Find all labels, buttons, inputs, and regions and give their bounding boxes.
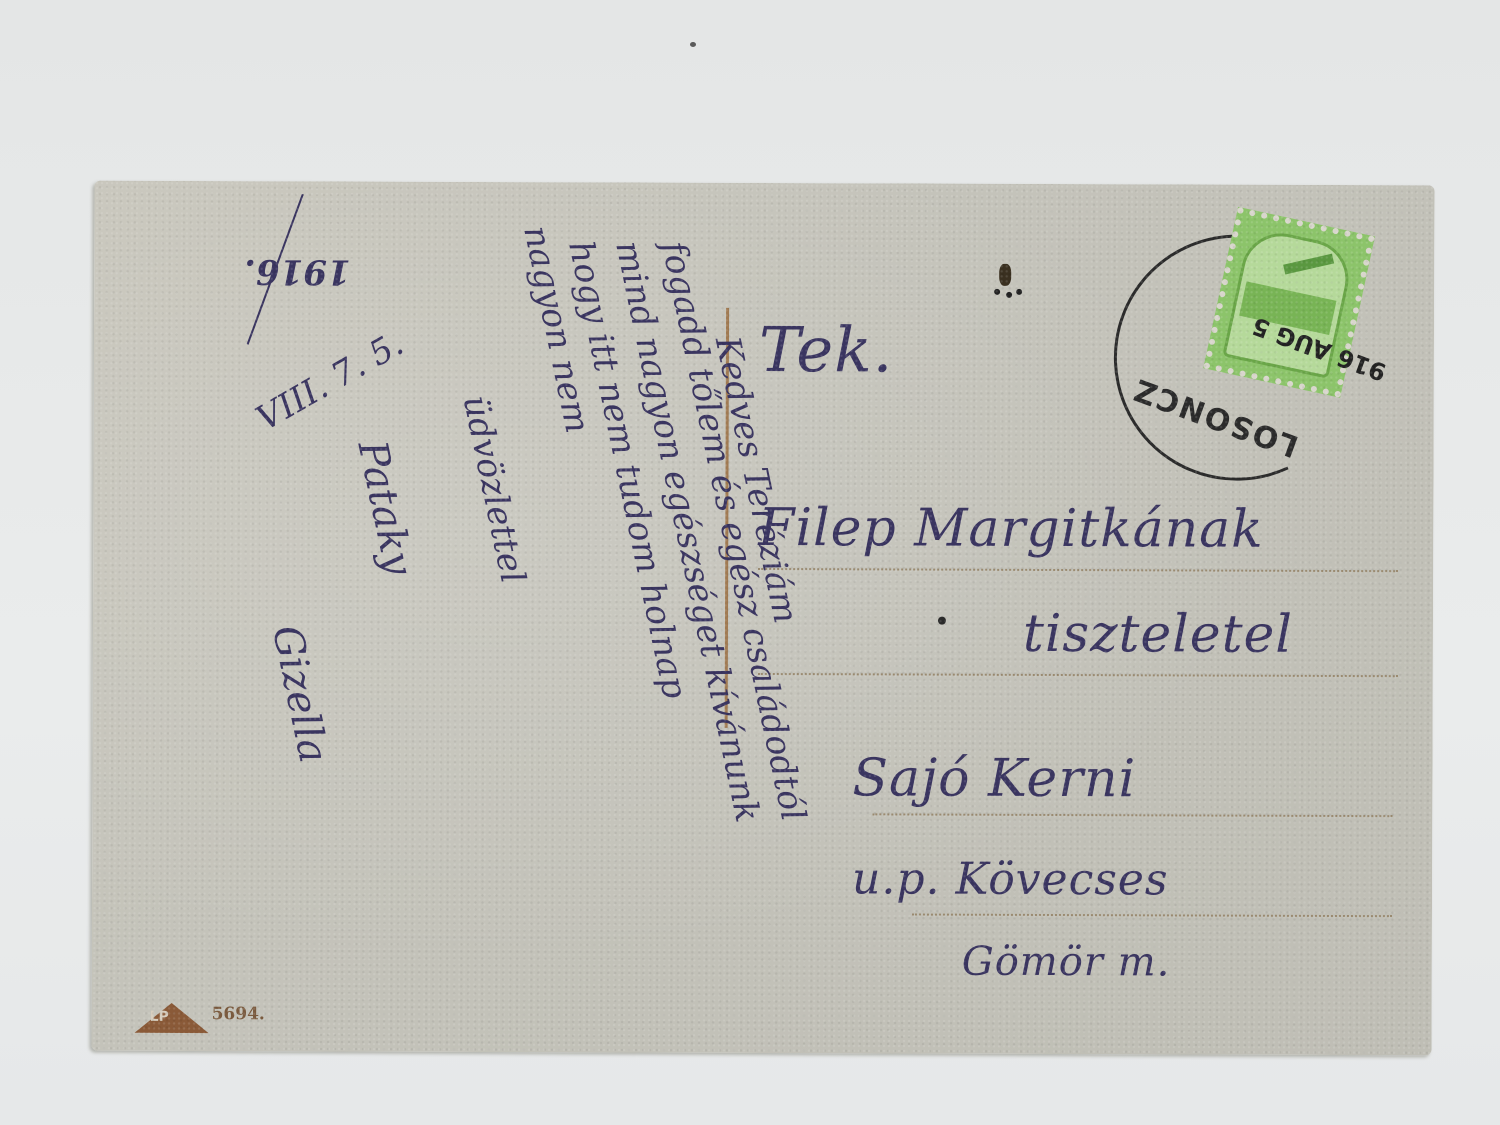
publisher-logo-icon [135, 1003, 209, 1033]
ink-spots [994, 289, 1022, 299]
address-title: Tek. [759, 313, 894, 386]
address-recipient: Filep Margitkának [758, 498, 1264, 560]
address-line [872, 813, 1392, 817]
address-line [758, 673, 1398, 677]
signature-second: Gizella [263, 621, 336, 766]
address-honorific: tiszteletel [1023, 604, 1293, 665]
message-closing: üdvözlettel [455, 392, 533, 587]
address-place: Sajó Kerni [852, 748, 1136, 809]
year-note: 1916. [244, 251, 351, 291]
publisher-logo-text: LP [150, 1009, 169, 1025]
ink-blot [999, 264, 1011, 286]
address-line [912, 914, 1392, 918]
address-county: Gömör m. [962, 939, 1171, 986]
signature-first: Pataky [349, 437, 422, 579]
postcard: Tek. Filep Margitkának tiszteletel Sajó … [91, 181, 1434, 1056]
catalog-number: 5694. [212, 1004, 265, 1024]
address-post-office: u.p. Kövecses [852, 853, 1169, 905]
date-note: VIII. 7. 5. [250, 324, 411, 439]
ink-spot [938, 617, 946, 625]
address-line [758, 568, 1398, 572]
dust-speck [690, 42, 696, 47]
